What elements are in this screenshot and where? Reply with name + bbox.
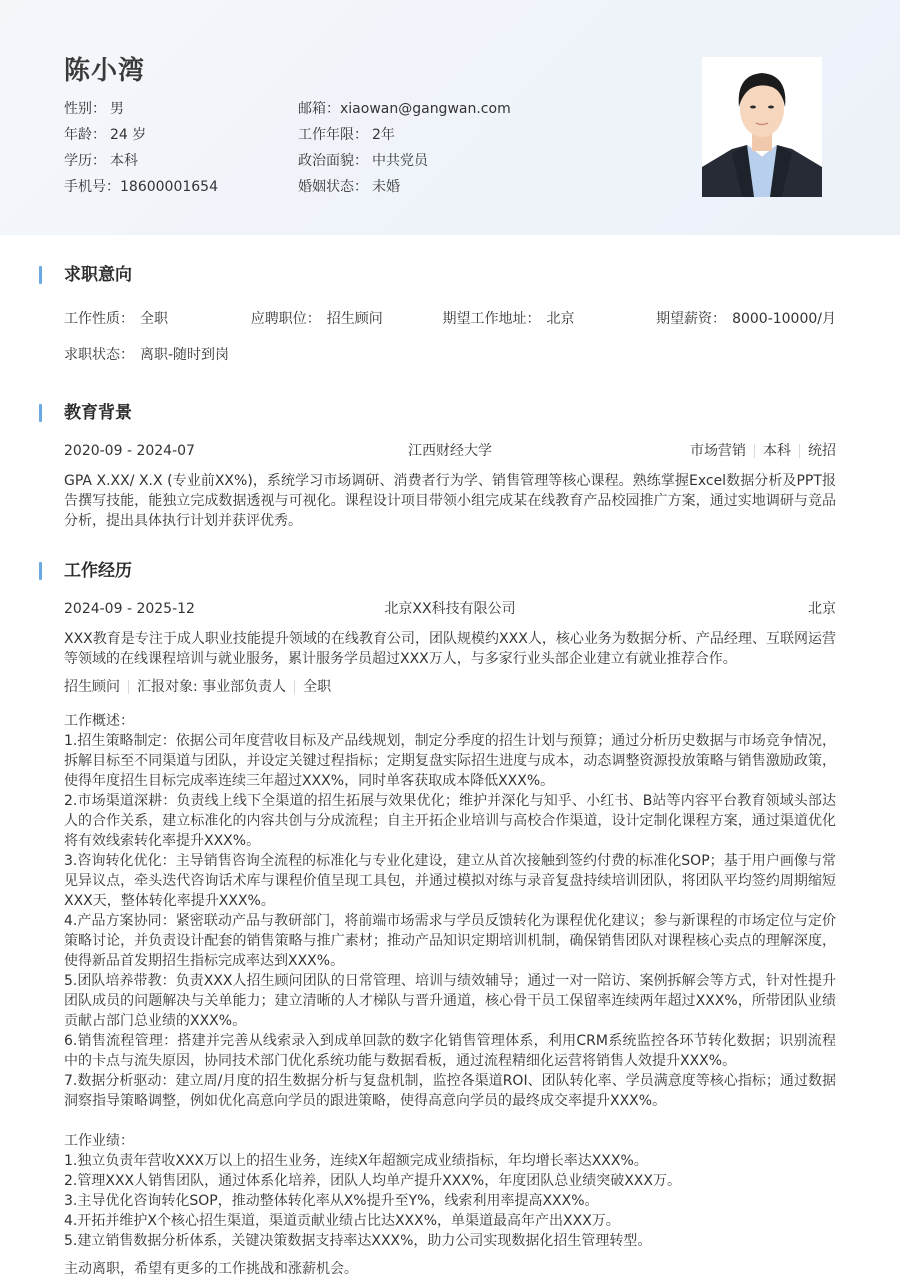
major-tag: 市场营销 — [690, 441, 746, 461]
info-gender: 性别：男 — [64, 96, 298, 122]
company-intro: XXX教育是专注于成人职业技能提升领域的在线教育公司，团队规模约XXX人，核心业… — [64, 629, 836, 669]
report-to-tag: 汇报对象: 事业部负责人 — [137, 677, 286, 697]
summary-item: 6.销售流程管理：搭建并完善从线索录入到成单回款的数字化销售管理体系，利用CRM… — [64, 1031, 836, 1071]
summary-item: 7.数据分析驱动：建立周/月度的招生数据分析与复盘机制，监控各渠道ROI、团队转… — [64, 1071, 836, 1111]
summary-item: 3.咨询转化优化：主导销售咨询全流程的标准化与专业化建设，建立从首次接触到签约付… — [64, 851, 836, 911]
employment-type-tag: 全职 — [303, 677, 331, 697]
intent-salary: 期望薪资：8000-10000/月 — [656, 309, 836, 329]
achievement-item: 3.主导优化咨询转化SOP，推动整体转化率从X%提升至Y%，线索利用率提高XXX… — [64, 1191, 836, 1211]
degree-tag: 本科 — [763, 441, 791, 461]
intent-row-2: 求职状态：离职-随时到岗 — [64, 345, 836, 365]
work-header-row: 2024-09 - 2025-12 北京XX科技有限公司 北京 — [64, 599, 836, 619]
section-title-education: 教育背景 — [64, 401, 836, 425]
summary-item: 1.招生策略制定：依据公司年度营收目标及产品线规划，制定分季度的招生计划与预算；… — [64, 731, 836, 791]
leave-reason: 主动离职，希望有更多的工作挑战和涨薪机会。 — [64, 1259, 836, 1279]
summary-item: 4.产品方案协同：紧密联动产品与教研部门，将前端市场需求与学员反馈转化为课程优化… — [64, 911, 836, 971]
info-age: 年龄：24 岁 — [64, 122, 298, 148]
info-education: 学历：本科 — [64, 148, 298, 174]
work-location: 北京 — [808, 599, 836, 619]
info-phone: 手机号：18600001654 — [64, 174, 298, 200]
achievement-item: 2.管理XXX人销售团队，通过体系化培养，团队人均单产提升XXX%，年度团队总业… — [64, 1171, 836, 1191]
education-header-row: 2020-09 - 2024-07 江西财经大学 市场营销 本科 统招 — [64, 441, 836, 461]
work-achievements-title: 工作业绩： — [64, 1131, 836, 1151]
work-tags: 招生顾问 汇报对象: 事业部负责人 全职 — [64, 677, 836, 697]
achievement-item: 4.开拓并维护X个核心招生渠道，渠道贡献业绩占比达XXX%，单渠道最高年产出XX… — [64, 1211, 836, 1231]
section-accent-bar — [39, 266, 42, 284]
info-political-status: 政治面貌：中共党员 — [298, 148, 598, 174]
section-title-intent: 求职意向 — [64, 263, 836, 287]
intent-location: 期望工作地址：北京 — [442, 309, 656, 329]
education-tags: 市场营销 本科 统招 — [690, 441, 836, 461]
portrait-icon — [702, 57, 822, 197]
intent-row-1: 工作性质：全职 应聘职位：招生顾问 期望工作地址：北京 期望薪资：8000-10… — [64, 309, 836, 329]
school-name: 江西财经大学 — [408, 441, 492, 461]
education-description: GPA X.XX/ X.X (专业前XX%)，系统学习市场调研、消费者行为学、销… — [64, 471, 836, 531]
tag-divider — [294, 680, 295, 694]
education-period: 2020-09 - 2024-07 — [64, 441, 195, 461]
intent-status: 求职状态：离职-随时到岗 — [64, 345, 229, 365]
section-accent-bar — [39, 404, 42, 422]
info-email: 邮箱：xiaowan@gangwan.com — [298, 96, 598, 122]
achievement-item: 5.建立销售数据分析体系，关键决策数据支持率达XXX%，助力公司实现数据化招生管… — [64, 1231, 836, 1251]
intent-position: 应聘职位：招生顾问 — [251, 309, 443, 329]
education-section: 教育背景 2020-09 - 2024-07 江西财经大学 市场营销 本科 统招… — [0, 401, 900, 531]
tag-divider — [754, 444, 755, 458]
work-summary-title: 工作概述： — [64, 711, 836, 731]
section-title-work: 工作经历 — [64, 559, 836, 583]
work-summary: 工作概述： 1.招生策略制定：依据公司年度营收目标及产品线规划，制定分季度的招生… — [64, 711, 836, 1111]
company-name: 北京XX科技有限公司 — [384, 599, 515, 619]
info-work-years: 工作年限：2年 — [298, 122, 598, 148]
summary-item: 2.市场渠道深耕：负责线上线下全渠道的招生拓展与效果优化；维护并深化与知乎、小红… — [64, 791, 836, 851]
resume-header: 陈小湾 性别：男 邮箱：xiaowan@gangwan.com 年龄：24 岁 … — [0, 0, 900, 235]
work-achievements: 工作业绩： 1.独立负责年营收XXX万以上的招生业务，连续X年超额完成业绩指标，… — [64, 1131, 836, 1251]
enrollment-tag: 统招 — [808, 441, 836, 461]
job-intent-section: 求职意向 工作性质：全职 应聘职位：招生顾问 期望工作地址：北京 期望薪资：80… — [0, 263, 900, 365]
intent-job-type: 工作性质：全职 — [64, 309, 251, 329]
section-accent-bar — [39, 562, 42, 580]
profile-photo — [702, 57, 822, 197]
tag-divider — [799, 444, 800, 458]
info-marital-status: 婚姻状态：未婚 — [298, 174, 598, 200]
email-link[interactable]: xiaowan@gangwan.com — [340, 101, 511, 117]
work-period: 2024-09 - 2025-12 — [64, 599, 195, 619]
achievement-item: 1.独立负责年营收XXX万以上的招生业务，连续X年超额完成业绩指标，年均增长率达… — [64, 1151, 836, 1171]
tag-divider — [128, 680, 129, 694]
summary-item: 5.团队培养带教：负责XXX人招生顾问团队的日常管理、培训与绩效辅导；通过一对一… — [64, 971, 836, 1031]
job-title-tag: 招生顾问 — [64, 677, 120, 697]
work-experience-section: 工作经历 2024-09 - 2025-12 北京XX科技有限公司 北京 XXX… — [0, 559, 900, 1279]
